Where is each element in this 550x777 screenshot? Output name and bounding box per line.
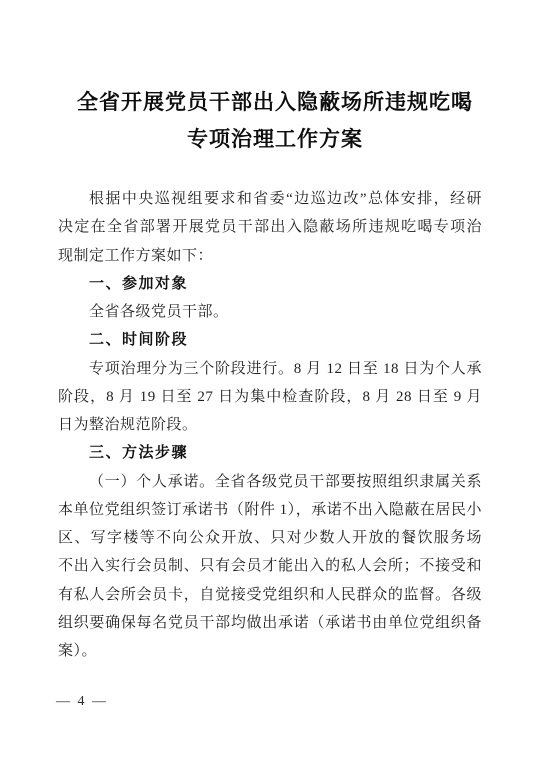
body-line: 日为整治规范阶段。 xyxy=(58,411,482,439)
body-line: 本单位党组织签订承诺书（附件 1），承诺不出入隐蔽在居民小 xyxy=(58,496,482,524)
document-title-line-2: 专项治理工作方案 xyxy=(0,121,550,158)
body-line: 专项治理分为三个阶段进行。8 月 12 日至 18 日为个人承诺 xyxy=(58,355,482,383)
body-line: 决定在全省部署开展党员干部出入隐蔽场所违规吃喝专项治理。 xyxy=(58,213,482,241)
body-line: 区、写字楼等不向公众开放、只对少数人开放的餐饮服务场所； xyxy=(58,524,482,552)
document-title: 全省开展党员干部出入隐蔽场所违规吃喝 专项治理工作方案 xyxy=(0,84,550,158)
body-line: 全省各级党员干部。 xyxy=(58,298,482,326)
section-heading-participants: 一、参加对象 xyxy=(58,270,482,298)
body-line: 有私人会所会员卡，自觉接受党组织和人民群众的监督。各级党 xyxy=(58,581,482,609)
body-line: 案）。 xyxy=(58,637,482,665)
body-line: 根据中央巡视组要求和省委“边巡边改”总体安排，经研究， xyxy=(58,185,482,213)
body-line: 不出入实行会员制、只有会员才能出入的私人会所；不接受和持 xyxy=(58,552,482,580)
body-line: （一）个人承诺。全省各级党员干部要按照组织隶属关系向 xyxy=(58,468,482,496)
body-line: 组织要确保每名党员干部均做出承诺（承诺书由单位党组织备 xyxy=(58,609,482,637)
document-page: 全省开展党员干部出入隐蔽场所违规吃喝 专项治理工作方案 根据中央巡视组要求和省委… xyxy=(0,0,550,777)
body-line: 阶段，8 月 19 日至 27 日为集中检查阶段，8 月 28 日至 9 月 1… xyxy=(58,383,482,411)
section-heading-time-stages: 二、时间阶段 xyxy=(58,326,482,354)
body-line: 现制定工作方案如下： xyxy=(58,242,482,270)
document-title-line-1: 全省开展党员干部出入隐蔽场所违规吃喝 xyxy=(0,84,550,121)
section-heading-method-steps: 三、方法步骤 xyxy=(58,439,482,467)
document-body: 根据中央巡视组要求和省委“边巡边改”总体安排，经研究， 决定在全省部署开展党员干… xyxy=(58,185,482,665)
page-number: — 4 — xyxy=(56,694,108,710)
